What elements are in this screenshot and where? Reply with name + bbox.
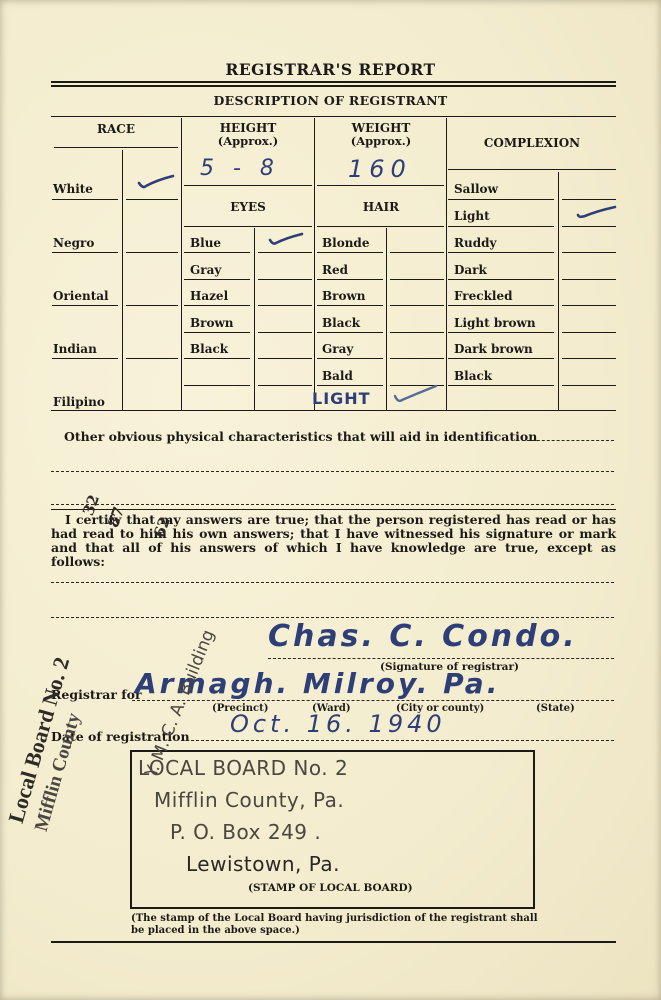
race-option-indian[interactable]: Indian [53, 342, 97, 356]
eyes-check-divider [254, 228, 255, 410]
rule [562, 279, 616, 280]
rule [52, 252, 118, 253]
section-title: DESCRIPTION OF REGISTRANT [0, 93, 661, 108]
rule [184, 279, 250, 280]
rule [258, 279, 312, 280]
rule [562, 199, 616, 200]
table-top-rule [51, 116, 616, 117]
rule [448, 226, 554, 227]
rule [317, 305, 383, 306]
exceptions-field-line2[interactable] [51, 617, 614, 618]
rule [562, 332, 616, 333]
rule [448, 169, 616, 170]
other-characteristics-field[interactable] [522, 440, 614, 441]
col-divider [446, 118, 447, 410]
other-characteristics-field-line3[interactable] [51, 504, 614, 505]
stamp-line-2: Mifflin County, Pa. [154, 788, 344, 812]
eyes-option-hazel[interactable]: Hazel [190, 289, 228, 303]
race-option-white[interactable]: White [53, 182, 93, 196]
rule [390, 358, 444, 359]
col-divider [314, 118, 315, 410]
hair-checkmark-icon [392, 384, 438, 404]
weight-header: WEIGHT [316, 121, 446, 135]
date-of-registration-line [186, 740, 614, 741]
eyes-option-black[interactable]: Black [190, 342, 228, 356]
rule [126, 358, 178, 359]
rule [562, 252, 616, 253]
rule [184, 385, 250, 386]
rule [126, 252, 178, 253]
complexion-header: COMPLEXION [448, 136, 616, 150]
registrar-for-line [132, 700, 614, 701]
complexion-light-checkmark-icon [575, 203, 617, 219]
table-bottom-rule [51, 410, 616, 411]
race-check-divider [122, 150, 123, 410]
race-option-oriental[interactable]: Oriental [53, 289, 109, 303]
eyes-option-blue[interactable]: Blue [190, 236, 221, 250]
rule [448, 199, 554, 200]
rule [317, 358, 383, 359]
rule [317, 185, 444, 186]
stamp-line-4: Lewistown, Pa. [186, 852, 340, 876]
rule [52, 199, 118, 200]
complexion-option-dark-brown[interactable]: Dark brown [454, 342, 533, 356]
hair-check-divider [386, 228, 387, 410]
race-white-checkmark-icon [137, 174, 175, 190]
weight-value[interactable]: 160 [348, 155, 412, 183]
complexion-option-light[interactable]: Light [454, 209, 490, 223]
other-characteristics-label: Other obvious physical characteristics t… [64, 430, 537, 444]
rule [562, 358, 616, 359]
hair-option-gray[interactable]: Gray [322, 342, 353, 356]
rule [54, 147, 178, 148]
signature-line [268, 658, 614, 659]
exceptions-field-line1[interactable] [51, 582, 614, 583]
rule [317, 252, 383, 253]
eyes-header: EYES [183, 200, 313, 214]
eyes-option-brown[interactable]: Brown [190, 316, 234, 330]
height-header: HEIGHT [183, 121, 313, 135]
hair-handwritten-value[interactable]: LIGHT [312, 389, 371, 408]
rule [448, 385, 554, 386]
complexion-option-ruddy[interactable]: Ruddy [454, 236, 496, 250]
rule [258, 332, 312, 333]
weight-sub-header: (Approx.) [316, 134, 446, 148]
certification-text: I certify that my answers are true; that… [51, 513, 616, 569]
rule [390, 305, 444, 306]
rule [184, 185, 312, 186]
rule [184, 305, 250, 306]
state-caption: (State) [536, 703, 575, 714]
date-of-registration-value[interactable]: Oct. 16. 1940 [230, 710, 446, 738]
section-rule [51, 509, 616, 510]
stamp-footnote: (The stamp of the Local Board having jur… [131, 913, 541, 937]
race-header: RACE [55, 122, 177, 136]
rule [390, 279, 444, 280]
race-option-filipino[interactable]: Filipino [53, 395, 105, 409]
rule [126, 305, 178, 306]
hair-option-bald[interactable]: Bald [322, 369, 353, 383]
rule [562, 385, 616, 386]
rule [184, 358, 250, 359]
eyes-blue-checkmark-icon [268, 232, 304, 246]
rule [52, 358, 118, 359]
rule [126, 199, 178, 200]
complexion-check-divider [558, 172, 559, 410]
height-sub-header: (Approx.) [183, 134, 313, 148]
complexion-option-sallow[interactable]: Sallow [454, 182, 498, 196]
rule [390, 332, 444, 333]
hair-header: HAIR [316, 200, 446, 214]
rule [258, 358, 312, 359]
rule [562, 305, 616, 306]
rule [390, 252, 444, 253]
rule [448, 252, 554, 253]
registrar-signature[interactable]: Chas. C. Condo. [268, 619, 578, 654]
registrar-report-card: REGISTRAR'S REPORT DESCRIPTION OF REGIST… [0, 0, 661, 1000]
rule [258, 252, 312, 253]
title-double-rule [51, 81, 616, 87]
hair-option-blonde[interactable]: Blonde [322, 236, 369, 250]
rule [448, 305, 554, 306]
rule [52, 305, 118, 306]
rule [317, 385, 383, 386]
complexion-option-dark[interactable]: Dark [454, 263, 487, 277]
rule [258, 385, 312, 386]
rule [448, 279, 554, 280]
stamp-line-3: P. O. Box 249 . [170, 820, 321, 844]
rule [448, 332, 554, 333]
rule [317, 332, 383, 333]
hair-option-black[interactable]: Black [322, 316, 360, 330]
height-value[interactable]: 5 - 8 [200, 156, 280, 181]
rule [448, 358, 554, 359]
rule [317, 226, 444, 227]
complexion-option-light-brown[interactable]: Light brown [454, 316, 536, 330]
rule [258, 305, 312, 306]
local-board-stamp-box: LOCAL BOARD No. 2 Mifflin County, Pa. P.… [130, 750, 535, 909]
hair-option-brown[interactable]: Brown [322, 289, 366, 303]
stamp-caption: (STAMP OF LOCAL BOARD) [248, 882, 413, 894]
rule [184, 226, 312, 227]
rule [184, 252, 250, 253]
rule [562, 226, 616, 227]
stamp-line-1: LOCAL BOARD No. 2 [138, 756, 348, 780]
rule [317, 279, 383, 280]
page-title: REGISTRAR'S REPORT [0, 60, 661, 79]
hair-option-red[interactable]: Red [322, 263, 348, 277]
bottom-rule [51, 941, 616, 943]
race-option-negro[interactable]: Negro [53, 236, 94, 250]
complexion-option-freckled[interactable]: Freckled [454, 289, 512, 303]
col-divider [181, 118, 182, 410]
other-characteristics-field-line2[interactable] [51, 471, 614, 472]
eyes-option-gray[interactable]: Gray [190, 263, 221, 277]
complexion-option-black[interactable]: Black [454, 369, 492, 383]
rule [184, 332, 250, 333]
